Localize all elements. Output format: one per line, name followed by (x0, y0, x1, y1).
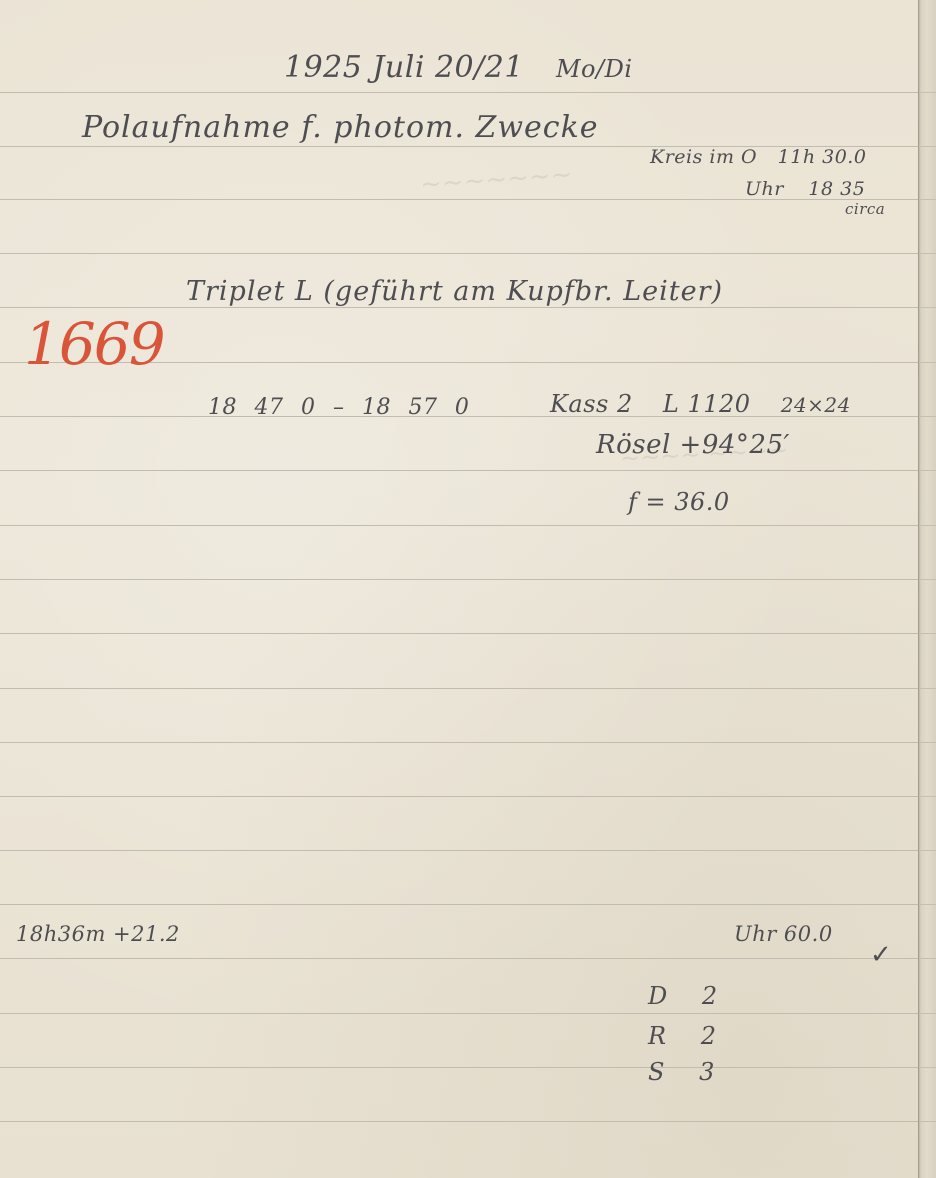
ruled-line (0, 525, 918, 526)
footer-right-note: Uhr 60.0 (734, 922, 833, 946)
exposure-time-range: 18 47 0 – 18 57 0 (208, 395, 469, 420)
rating-value: 3 (699, 1058, 715, 1086)
ruled-line (0, 1013, 918, 1014)
exposure-focus: f = 36.0 (628, 488, 730, 516)
rating-row: D 2 (648, 982, 718, 1010)
date-text: 1925 Juli 20/21 (284, 50, 524, 85)
side-note-line-1: Kreis im O 11h 30.0 (650, 146, 866, 168)
entry-title: Polaufnahme f. photom. Zwecke (82, 110, 599, 145)
entry-date: 1925 Juli 20/21 Mo/Di (284, 50, 633, 85)
checkmark-icon: ✓ (870, 940, 892, 970)
plate-size: 24×24 (781, 393, 851, 417)
side-note-label: Uhr (745, 178, 784, 200)
ruled-line (0, 253, 918, 254)
plate-id: L 1120 (663, 390, 751, 418)
ruled-line (0, 92, 918, 93)
rating-value: 2 (701, 1022, 717, 1050)
side-note-line-2: Uhr 18 35 (745, 178, 865, 200)
exposure-plate-info: Kass 2 L 1120 24×24 (550, 390, 851, 418)
page-binding-edge (918, 0, 936, 1178)
exposure-setting: Rösel +94°25′ (596, 430, 790, 460)
weekday-text: Mo/Di (556, 55, 633, 83)
ruled-line (0, 470, 918, 471)
ruled-line (0, 633, 918, 634)
ruled-line (0, 904, 918, 905)
cassette-label: Kass 2 (550, 390, 633, 418)
instrument-line: Triplet L (geführt am Kupfbr. Leiter) (186, 276, 723, 307)
side-note-circa: circa (845, 200, 885, 218)
ruled-line (0, 688, 918, 689)
ruled-line (0, 307, 918, 308)
plate-number: 1669 (24, 310, 164, 378)
side-note-value: 18 35 (808, 178, 865, 200)
rating-value: 2 (702, 982, 718, 1010)
ruled-line (0, 742, 918, 743)
notebook-page: ~~~~~~~ ~~~~ ~~~~ 1925 Juli 20/21 Mo/Di … (0, 0, 936, 1178)
rating-row: S 3 (648, 1058, 715, 1086)
rating-label: D (648, 982, 668, 1010)
ruled-line (0, 850, 918, 851)
bleed-through-text: ~~~~~~~ (419, 160, 573, 201)
ruled-line (0, 1121, 918, 1122)
rating-label: R (648, 1022, 667, 1050)
ruled-line (0, 1067, 918, 1068)
side-note-value: 11h 30.0 (778, 146, 867, 168)
side-note-label: Kreis im O (650, 146, 757, 168)
rating-label: S (648, 1058, 665, 1086)
ruled-line (0, 796, 918, 797)
ruled-line (0, 958, 918, 959)
rating-row: R 2 (648, 1022, 717, 1050)
footer-left-note: 18h36m +21.2 (16, 922, 180, 946)
ruled-line (0, 579, 918, 580)
